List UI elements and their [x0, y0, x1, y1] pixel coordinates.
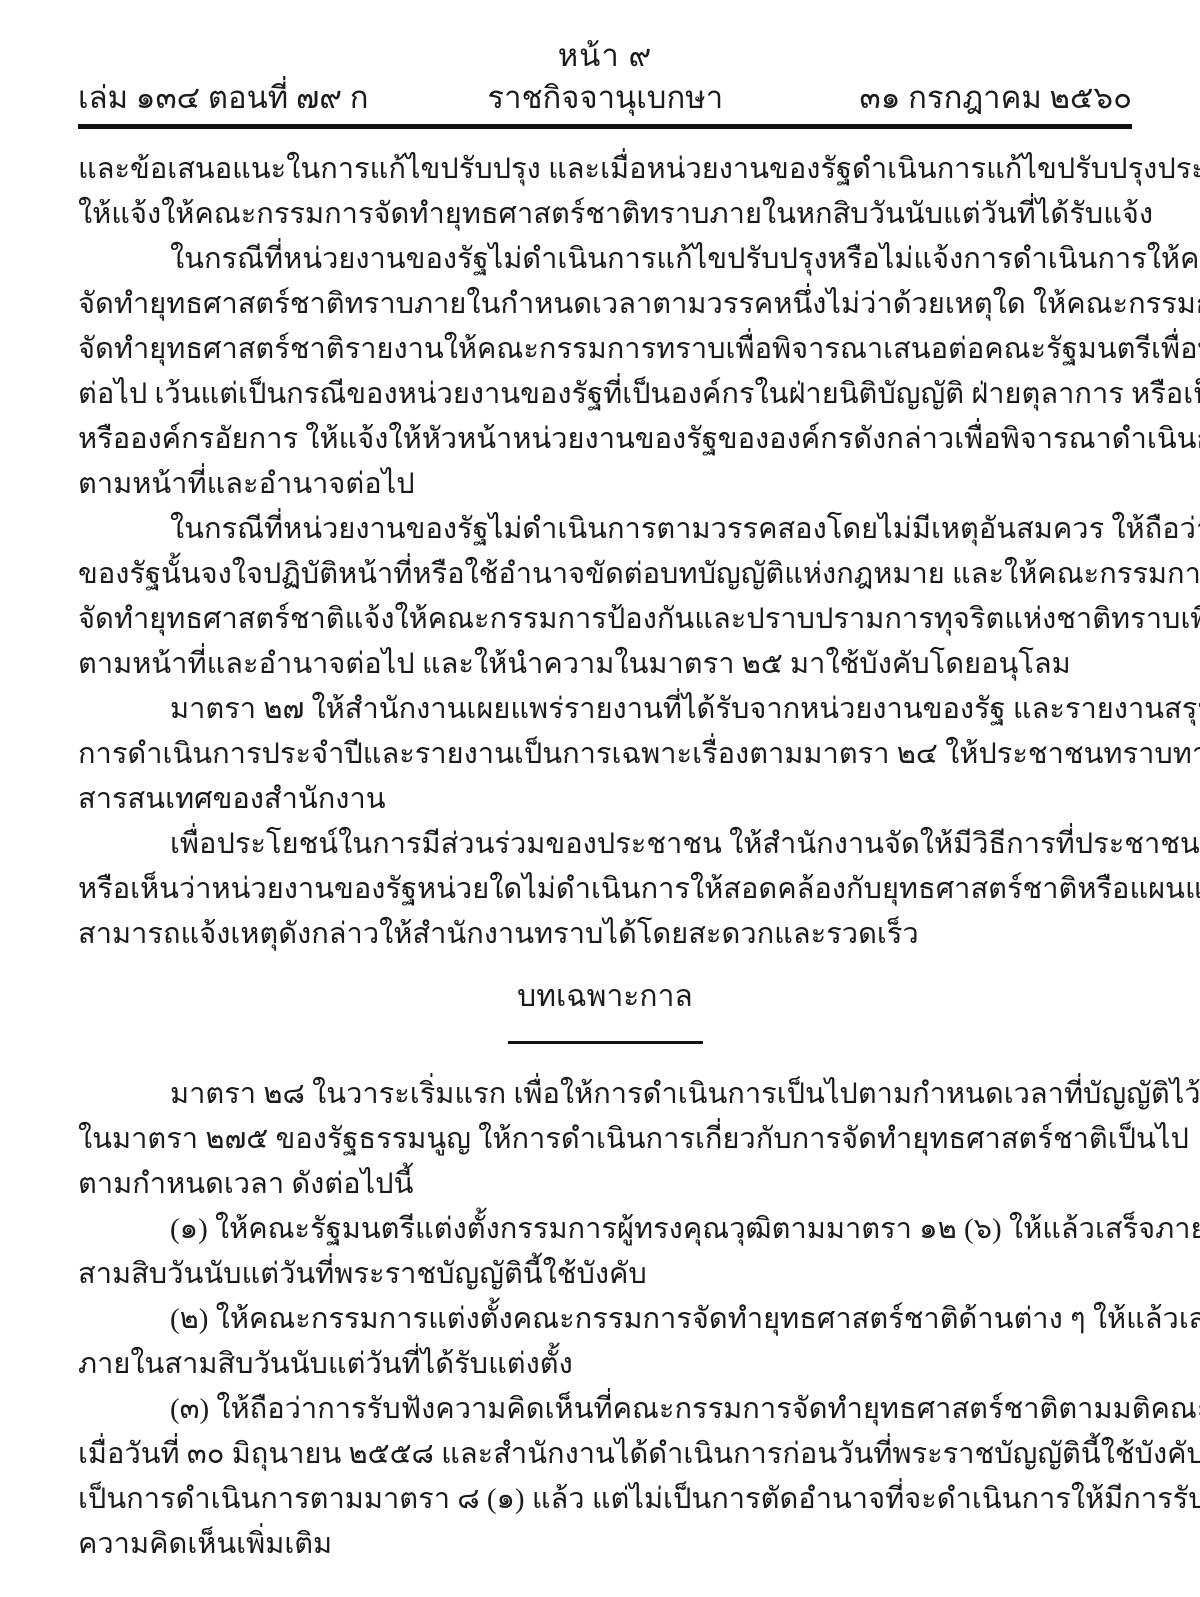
gazette-page: หน้า ๙ เล่ม ๑๓๔ ตอนที่ ๗๙ ก ราชกิจจานุเบ…	[0, 0, 1200, 1597]
text-line: จัดทำยุทธศาสตร์ชาติรายงานให้คณะกรรมการทร…	[78, 327, 1132, 372]
text-line: มาตรา ๒๗ ให้สำนักงานเผยแพร่รายงานที่ได้ร…	[78, 687, 1132, 732]
text-line: ให้แจ้งให้คณะกรรมการจัดทำยุทธศาสตร์ชาติท…	[78, 192, 1132, 237]
text-line: มาตรา ๒๘ ในวาระเริ่มแรก เพื่อให้การดำเนิ…	[78, 1072, 1132, 1117]
paragraph: และข้อเสนอแนะในการแก้ไขปรับปรุง และเมื่อ…	[78, 147, 1132, 237]
text-line: ของรัฐนั้นจงใจปฏิบัติหน้าที่หรือใช้อำนาจ…	[78, 552, 1132, 597]
gazette-title: ราชกิจจานุเบกษา	[369, 78, 842, 118]
text-line: หรือองค์กรอัยการ ให้แจ้งให้หัวหน้าหน่วยง…	[78, 417, 1132, 462]
text-line: เพื่อประโยชน์ในการมีส่วนร่วมของประชาชน ใ…	[78, 822, 1132, 867]
list-item-3: (๓) ให้ถือว่าการรับฟังความคิดเห็นที่คณะก…	[78, 1387, 1132, 1567]
page-header: หน้า ๙ เล่ม ๑๓๔ ตอนที่ ๗๙ ก ราชกิจจานุเบ…	[78, 38, 1132, 129]
paragraph: ในกรณีที่หน่วยงานของรัฐไม่ดำเนินการตามวร…	[78, 507, 1132, 687]
text-line: (๑) ให้คณะรัฐมนตรีแต่งตั้งกรรมการผู้ทรงค…	[78, 1207, 1132, 1252]
text-line: ตามหน้าที่และอำนาจต่อไป และให้นำความในมา…	[78, 642, 1132, 687]
paragraph-section-28: มาตรา ๒๘ ในวาระเริ่มแรก เพื่อให้การดำเนิ…	[78, 1072, 1132, 1207]
text-line: และข้อเสนอแนะในการแก้ไขปรับปรุง และเมื่อ…	[78, 147, 1132, 192]
paragraph: ในกรณีที่หน่วยงานของรัฐไม่ดำเนินการแก้ไข…	[78, 237, 1132, 507]
text-line: การดำเนินการประจำปีและรายงานเป็นการเฉพาะ…	[78, 732, 1132, 777]
text-line: (๒) ให้คณะกรรมการแต่งตั้งคณะกรรมการจัดทำ…	[78, 1297, 1132, 1342]
text-line: สามสิบวันนับแต่วันที่พระราชบัญญัตินี้ใช้…	[78, 1252, 1132, 1297]
text-line: หรือเห็นว่าหน่วยงานของรัฐหน่วยใดไม่ดำเนิ…	[78, 867, 1132, 912]
section-heading: บทเฉพาะกาล	[78, 979, 1132, 1015]
list-item-2: (๒) ให้คณะกรรมการแต่งตั้งคณะกรรมการจัดทำ…	[78, 1297, 1132, 1387]
text-line: สารสนเทศของสำนักงาน	[78, 777, 1132, 822]
page-number: หน้า ๙	[78, 38, 1132, 74]
text-line: ภายในสามสิบวันนับแต่วันที่ได้รับแต่งตั้ง	[78, 1342, 1132, 1387]
text-line: ในกรณีที่หน่วยงานของรัฐไม่ดำเนินการตามวร…	[78, 507, 1132, 552]
text-line: ในกรณีที่หน่วยงานของรัฐไม่ดำเนินการแก้ไข…	[78, 237, 1132, 282]
paragraph: เพื่อประโยชน์ในการมีส่วนร่วมของประชาชน ใ…	[78, 822, 1132, 957]
text-line: จัดทำยุทธศาสตร์ชาติแจ้งให้คณะกรรมการป้อง…	[78, 597, 1132, 642]
text-line: สามารถแจ้งเหตุดังกล่าวให้สำนักงานทราบได้…	[78, 912, 1132, 957]
text-line: ตามกำหนดเวลา ดังต่อไปนี้	[78, 1162, 1132, 1207]
text-line: ตามหน้าที่และอำนาจต่อไป	[78, 462, 1132, 507]
list-item-1: (๑) ให้คณะรัฐมนตรีแต่งตั้งกรรมการผู้ทรงค…	[78, 1207, 1132, 1297]
section-divider-rule	[508, 1041, 703, 1044]
text-line: ในมาตรา ๒๗๕ ของรัฐธรรมนูญ ให้การดำเนินกา…	[78, 1117, 1132, 1162]
text-line: จัดทำยุทธศาสตร์ชาติทราบภายในกำหนดเวลาตาม…	[78, 282, 1132, 327]
text-line: (๓) ให้ถือว่าการรับฟังความคิดเห็นที่คณะก…	[78, 1387, 1132, 1432]
publication-date: ๓๑ กรกฎาคม ๒๕๖๐	[842, 78, 1132, 118]
volume-issue-label: เล่ม ๑๓๔ ตอนที่ ๗๙ ก	[78, 78, 369, 118]
text-line: ต่อไป เว้นแต่เป็นกรณีของหน่วยงานของรัฐที…	[78, 372, 1132, 417]
paragraph-section-27: มาตรา ๒๗ ให้สำนักงานเผยแพร่รายงานที่ได้ร…	[78, 687, 1132, 822]
header-divider-rule	[78, 124, 1132, 129]
text-line: เป็นการดำเนินการตามมาตรา ๘ (๑) แล้ว แต่ไ…	[78, 1477, 1132, 1522]
document-body: และข้อเสนอแนะในการแก้ไขปรับปรุง และเมื่อ…	[78, 147, 1132, 1567]
text-line: ความคิดเห็นเพิ่มเติม	[78, 1522, 1132, 1567]
text-line: เมื่อวันที่ ๓๐ มิถุนายน ๒๕๕๘ และสำนักงาน…	[78, 1432, 1132, 1477]
